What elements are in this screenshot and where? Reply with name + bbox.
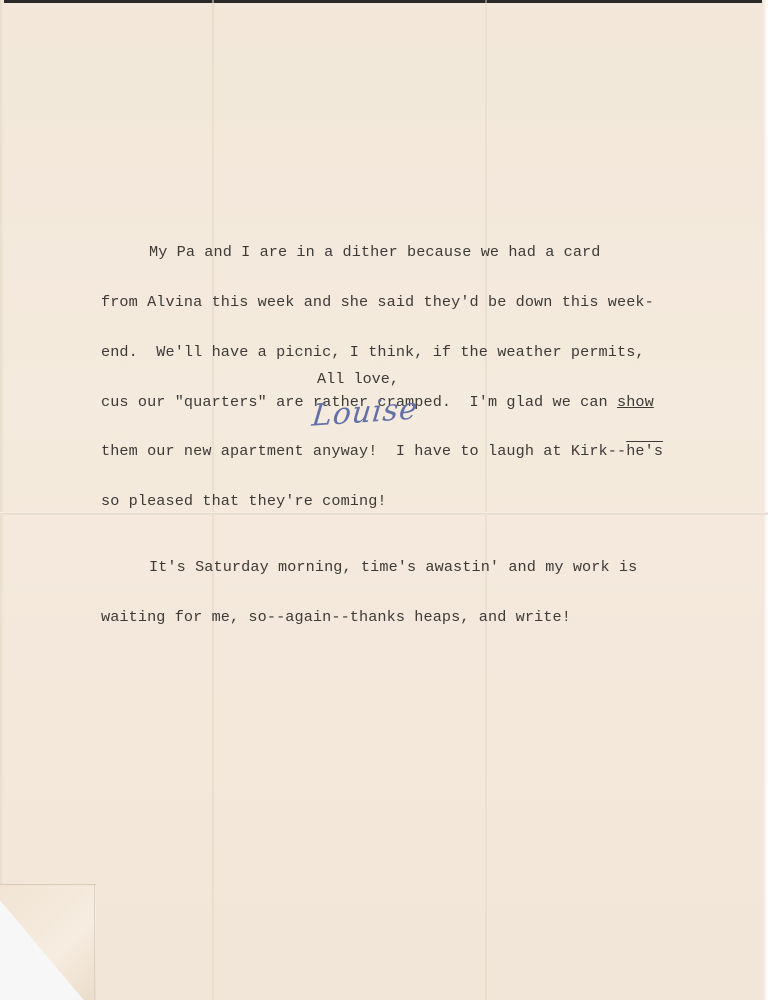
paper-right-edge — [762, 0, 768, 1000]
letter-page: My Pa and I are in a dither because we h… — [0, 0, 768, 1000]
paragraph-2-line-1: It's Saturday morning, time's awastin' a… — [101, 559, 681, 576]
paragraph-1-line-2: from Alvina this week and she said they'… — [101, 294, 681, 311]
overlined-word: he's — [626, 442, 663, 460]
paragraph-1-line-6: so pleased that they're coming! — [101, 493, 681, 510]
paper-left-edge — [0, 0, 4, 1000]
scan-top-edge — [0, 0, 768, 3]
paragraph-1-line-5: them our new apartment anyway! I have to… — [101, 443, 681, 460]
underlined-word: show — [617, 393, 654, 411]
paragraph-1-line-5-text: them our new apartment anyway! I have to… — [101, 442, 626, 460]
paragraph-1-line-1: My Pa and I are in a dither because we h… — [101, 244, 681, 261]
closing-salutation: All love, — [317, 370, 399, 388]
paragraph-2-line-2: waiting for me, so--again--thanks heaps,… — [101, 609, 681, 626]
folded-corner-edge — [94, 884, 95, 1000]
letter-body: My Pa and I are in a dither because we h… — [101, 211, 681, 658]
paragraph-1-line-3: end. We'll have a picnic, I think, if th… — [101, 344, 681, 361]
